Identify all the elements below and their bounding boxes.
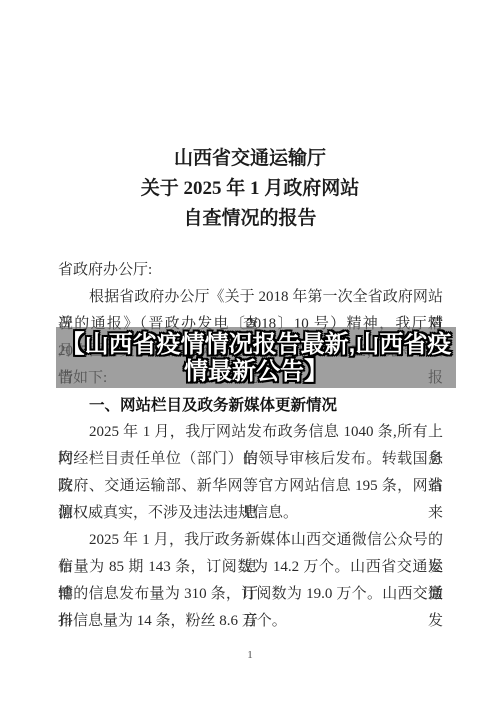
paragraph-2-line: 均经栏目责任单位（部门）的领导审核后发布。转载国务院、省 [58,446,443,473]
salutation: 省政府办公厅: [58,257,443,284]
document-title: 山西省交通运输厅 关于 2025 年 1 月政府网站 自查情况的报告 [0,144,500,234]
paragraph-3-line: 2025 年 1 月，我厅政务新媒体山西交通微信公众号的信息发 [58,527,443,554]
watermark-text-line-2: 情最新公告】 [184,358,328,385]
paragraph-2-line: 政府、交通运输部、新华网等官方网站信息 195 条，网站信息来 [58,473,443,500]
paragraph-2-line: 2025 年 1 月，我厅网站发布政务信息 1040 条,所有上网信息 [58,419,443,446]
paragraph-3-line: 布量为 85 期 143 条，订阅数为 14.2 万个。山西省交通运输厅微 [58,554,443,581]
paragraph-3-line: 博的信息发布量为 310 条，订阅数为 19.0 万个。山西交通抖音发 [58,581,443,608]
title-line-1: 山西省交通运输厅 [0,144,500,174]
watermark-text-line-1: 【山西省疫情情况报告最新,山西省疫 [61,331,452,358]
document-body: 省政府办公厅: 根据省政府办公厅《关于 2018 年第一次全省政府网站普查情 况… [58,257,443,635]
title-line-2: 关于 2025 年 1 月政府网站 [0,174,500,204]
title-line-3: 自查情况的报告 [0,204,500,234]
page-number: 1 [0,649,500,661]
scanned-document-page: 山西省交通运输厅 关于 2025 年 1 月政府网站 自查情况的报告 省政府办公… [0,0,500,707]
paragraph-1-line: 根据省政府办公厅《关于 2018 年第一次全省政府网站普查情 [58,284,443,311]
section-1-heading: 一、网站栏目及政务新媒体更新情况 [58,392,443,419]
watermark-overlay-band: 【山西省疫情情况报告最新,山西省疫 情最新公告】 [56,327,456,388]
